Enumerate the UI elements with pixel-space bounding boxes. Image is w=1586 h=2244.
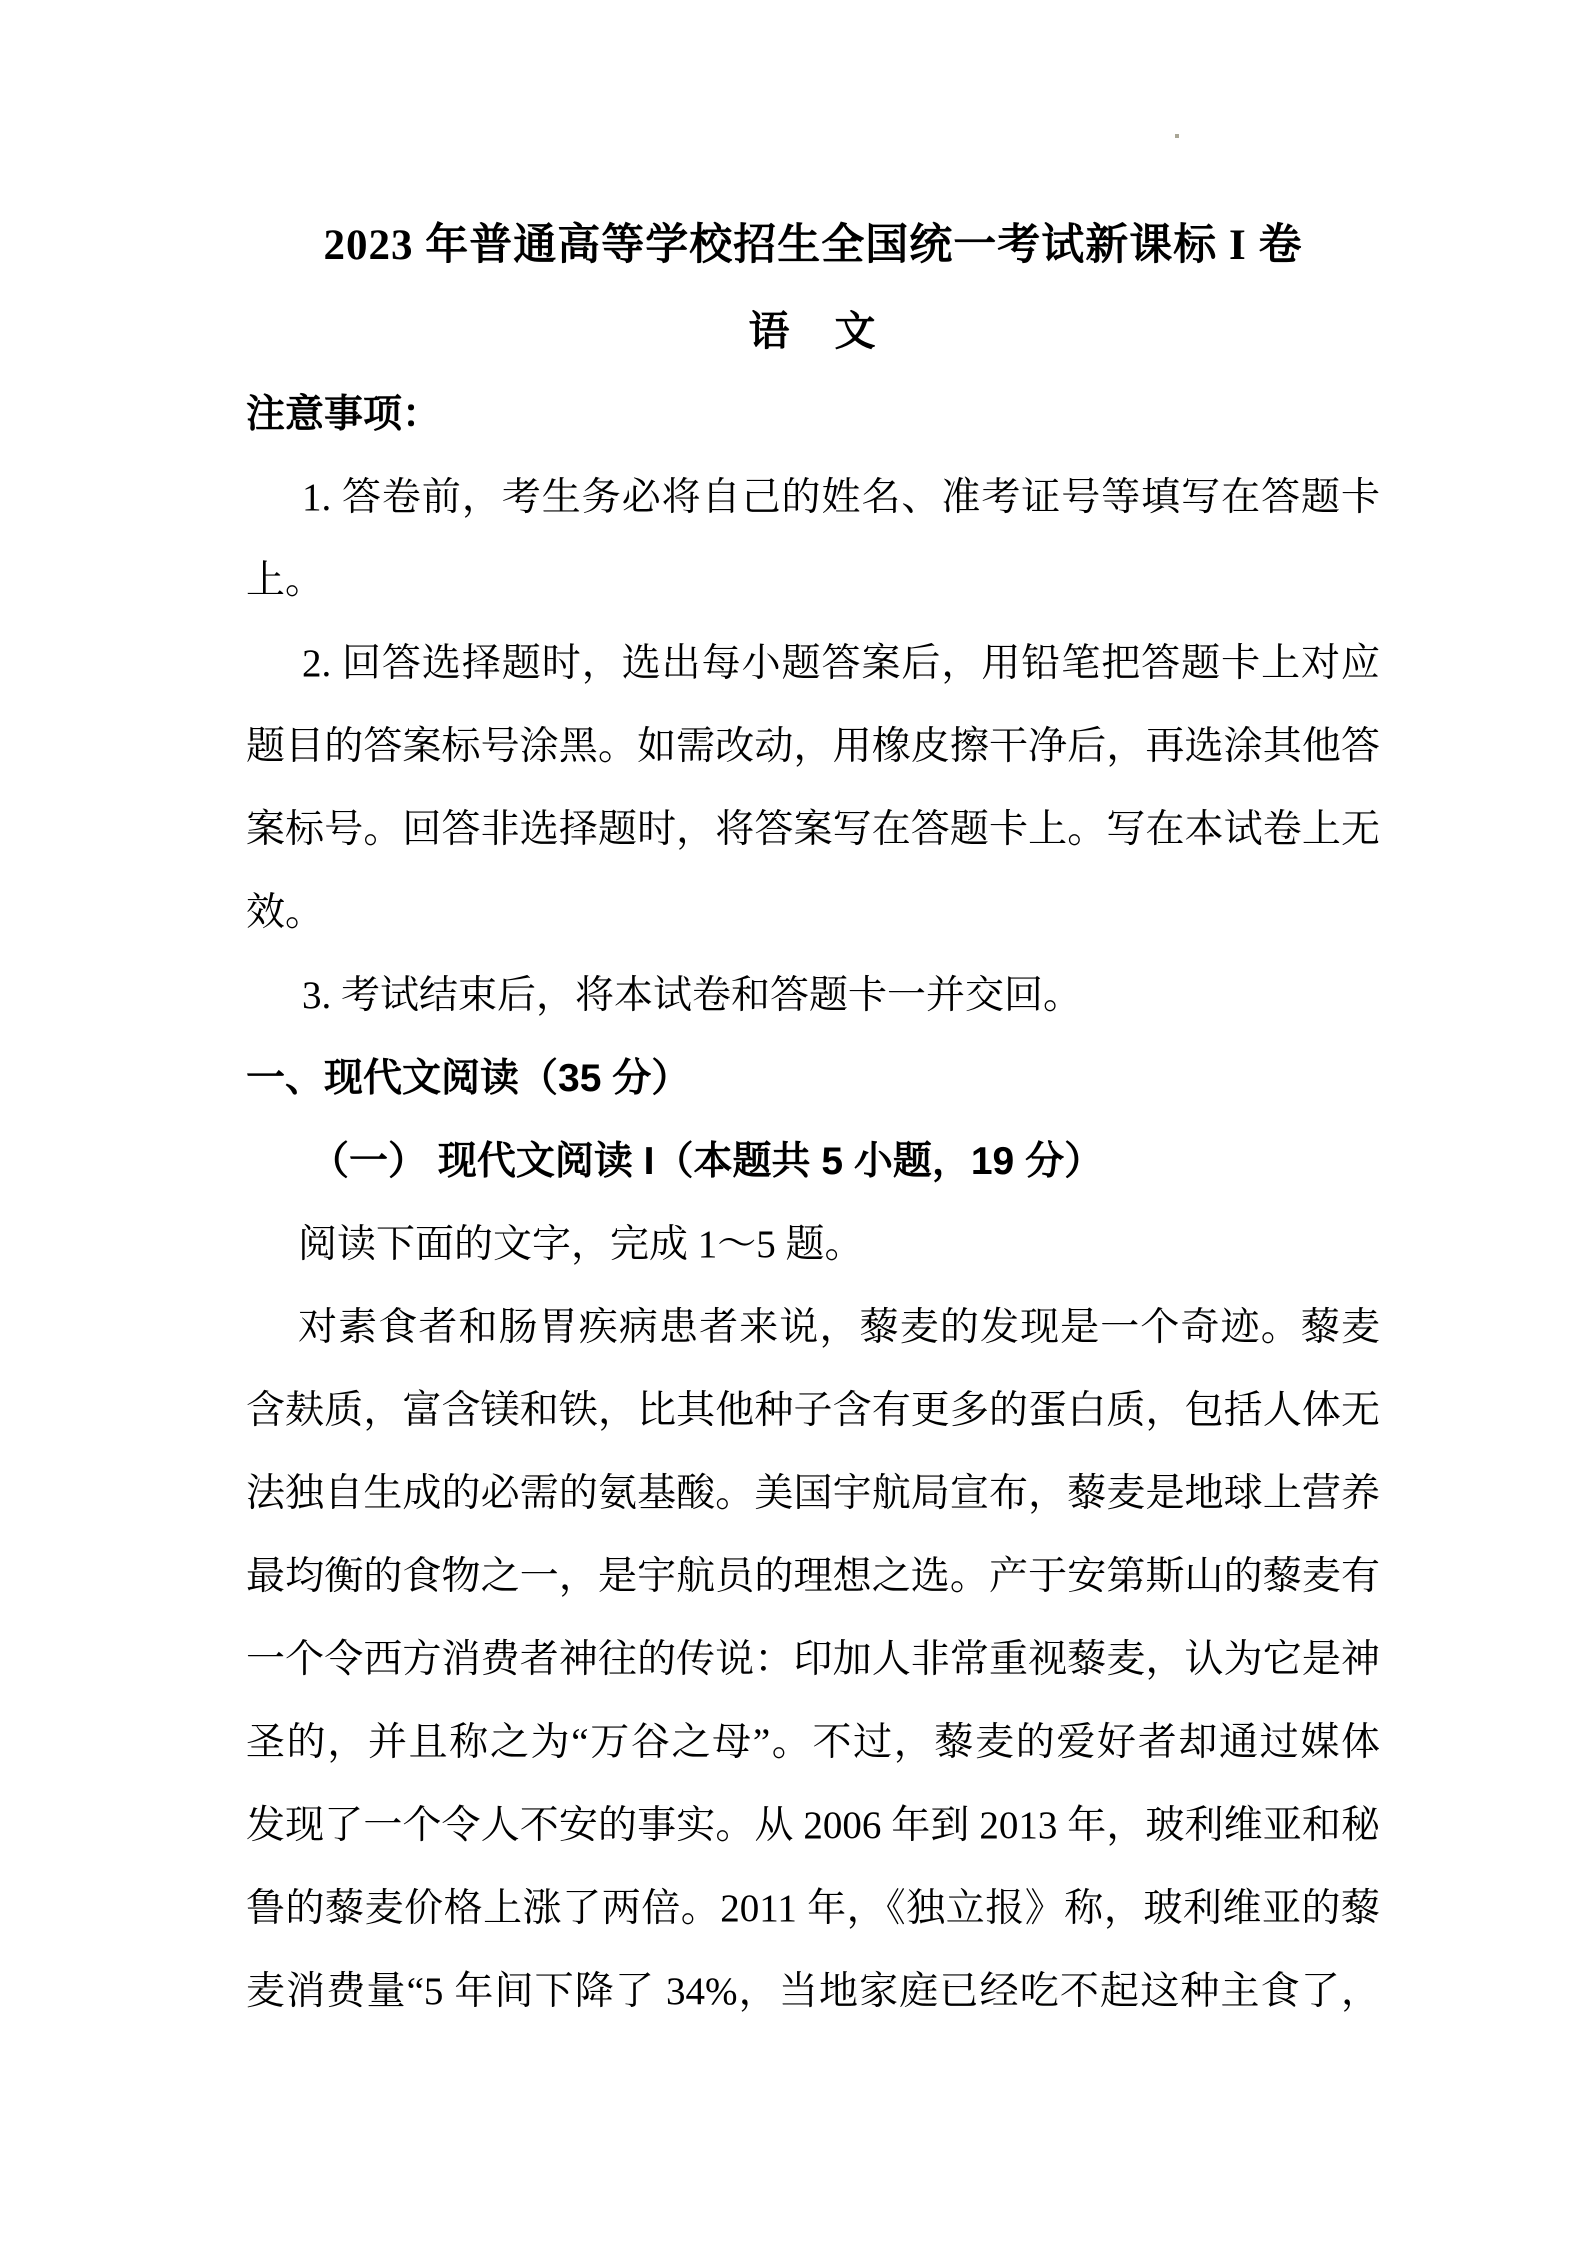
exam-paper-page: 2023 年普通高等学校招生全国统一考试新课标 I 卷 语 文 注意事项： 1.… <box>0 0 1586 2244</box>
notice-item-2-line-4: 效。 <box>246 871 1380 954</box>
notice-item-1-line-1: 1. 答卷前，考生务必将自己的姓名、准考证号等填写在答题卡 <box>246 456 1380 539</box>
notice-item-3: 3. 考试结束后，将本试卷和答题卡一并交回。 <box>246 954 1380 1037</box>
notice-item-1-line-2: 上。 <box>246 539 1380 622</box>
section-heading: 一、现代文阅读（35 分） <box>246 1037 1380 1120</box>
passage-line-4: 最均衡的食物之一，是宇航员的理想之选。产于安第斯山的藜麦有 <box>246 1535 1380 1618</box>
passage-line-7: 发现了一个令人不安的事实。从 2006 年到 2013 年，玻利维亚和秘 <box>246 1784 1380 1867</box>
notice-item-2-line-1: 2. 回答选择题时，选出每小题答案后，用铅笔把答题卡上对应 <box>246 622 1380 705</box>
passage-line-1: 对素食者和肠胃疾病患者来说，藜麦的发现是一个奇迹。藜麦不 <box>246 1286 1380 1369</box>
passage-line-5: 一个令西方消费者神往的传说：印加人非常重视藜麦，认为它是神 <box>246 1618 1380 1701</box>
notice-heading: 注意事项： <box>246 373 1380 456</box>
scan-artifact-dot <box>1175 134 1179 138</box>
passage-line-9: 麦消费量“5 年间下降了 34%，当地家庭已经吃不起这种主食了， <box>246 1950 1380 2033</box>
subject-title: 语 文 <box>246 289 1380 373</box>
notice-item-2-line-3: 案标号。回答非选择题时，将答案写在答题卡上。写在本试卷上无 <box>246 788 1380 871</box>
subsection-heading: （一） 现代文阅读 I（本题共 5 小题，19 分） <box>246 1120 1380 1203</box>
passage-instruction: 阅读下面的文字，完成 1～5 题。 <box>246 1203 1380 1286</box>
passage-line-3: 法独自生成的必需的氨基酸。美国宇航局宣布，藜麦是地球上营养 <box>246 1452 1380 1535</box>
passage-line-2: 含麸质，富含镁和铁，比其他种子含有更多的蛋白质，包括人体无 <box>246 1369 1380 1452</box>
passage-line-6: 圣的，并且称之为“万谷之母”。不过，藜麦的爱好者却通过媒体 <box>246 1701 1380 1784</box>
passage-line-8: 鲁的藜麦价格上涨了两倍。2011 年，《独立报》称，玻利维亚的藜 <box>246 1867 1380 1950</box>
notice-item-2-line-2: 题目的答案标号涂黑。如需改动，用橡皮擦干净后，再选涂其他答 <box>246 705 1380 788</box>
exam-title: 2023 年普通高等学校招生全国统一考试新课标 I 卷 <box>246 203 1380 289</box>
